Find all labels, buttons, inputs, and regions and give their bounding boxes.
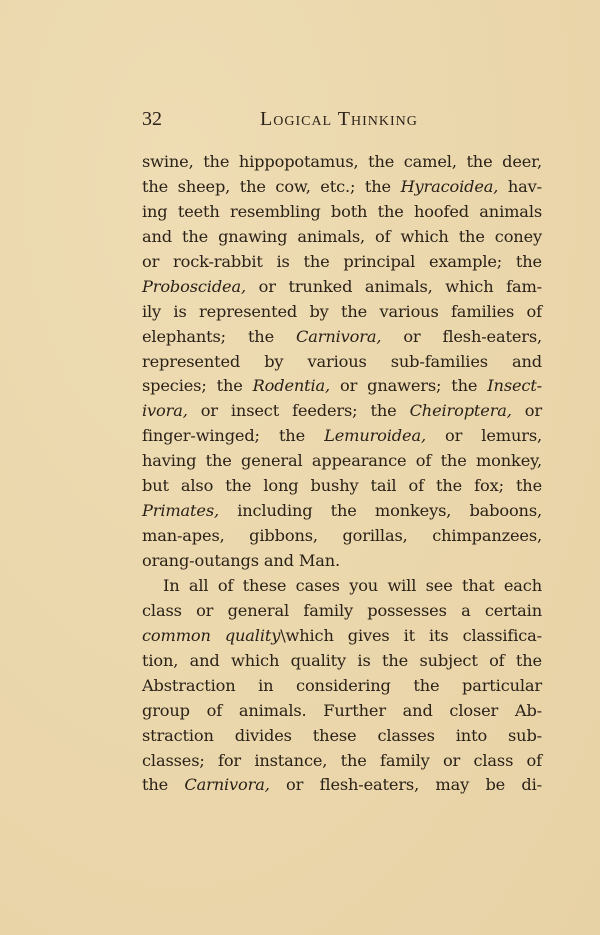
text-line: class or general family possesses a cert… — [142, 599, 542, 624]
text-line: Proboscidea, or trunked animals, which f… — [142, 275, 542, 300]
text-line: ivora, or insect feeders; the Cheiropter… — [142, 399, 542, 424]
text-line: group of animals. Further and closer Ab- — [142, 699, 542, 724]
text-line: and the gnawing animals, of which the co… — [142, 225, 542, 250]
text-segment: straction divides these classes into sub… — [142, 726, 542, 745]
text-segment: finger-winged; the — [142, 426, 324, 445]
italic-term: common quality — [142, 626, 280, 645]
italic-term: Cheiroptera, — [410, 401, 512, 420]
text-segment: elephants; the — [142, 327, 296, 346]
italic-term: Carnivora, — [296, 327, 381, 346]
text-segment: swine, the hippopotamus, the camel, the … — [142, 152, 542, 171]
text-line: having the general appearance of the mon… — [142, 449, 542, 474]
text-segment: species; the — [142, 376, 253, 395]
text-line: the Carnivora, or flesh-eaters, may be d… — [142, 773, 542, 798]
italic-term: Lemuroidea, — [324, 426, 426, 445]
text-segment: the — [142, 775, 184, 794]
text-segment: represented by various sub-families and — [142, 352, 542, 371]
text-line: finger-winged; the Lemuroidea, or lemurs… — [142, 424, 542, 449]
text-segment: or gnawers; the — [330, 376, 487, 395]
running-title: Logical Thinking — [260, 108, 418, 131]
italic-term: ivora, — [142, 401, 188, 420]
text-line: the sheep, the cow, etc.; the Hyracoidea… — [142, 175, 542, 200]
text-segment: or rock-rabbit is the principal example;… — [142, 252, 542, 271]
text-line: but also the long bushy tail of the fox;… — [142, 474, 542, 499]
text-line: swine, the hippopotamus, the camel, the … — [142, 150, 542, 175]
text-line: Abstraction in considering the particula… — [142, 674, 542, 699]
italic-term: Hyracoidea, — [401, 177, 499, 196]
text-segment: or insect feeders; the — [188, 401, 410, 420]
italic-term: Rodentia, — [253, 376, 330, 395]
text-segment: the sheep, the cow, etc.; the — [142, 177, 401, 196]
text-line: orang-outangs and Man. — [142, 549, 542, 574]
text-line: tion, and which quality is the subject o… — [142, 649, 542, 674]
text-line: Primates, including the monkeys, baboons… — [142, 499, 542, 524]
text-segment: but also the long bushy tail of the fox;… — [142, 476, 542, 495]
page-header: 32 Logical Thinking — [142, 108, 542, 134]
text-segment: class or general family possesses a cert… — [142, 601, 542, 620]
page-number: 32 — [142, 108, 162, 131]
text-segment: or flesh-eaters, may be di- — [270, 775, 542, 794]
text-segment: or flesh-eaters, — [381, 327, 542, 346]
text-segment: Abstraction in considering the particula… — [142, 676, 542, 695]
italic-term: Primates, — [142, 501, 219, 520]
text-line: represented by various sub-families and — [142, 350, 542, 375]
text-line: species; the Rodentia, or gnawers; the I… — [142, 374, 542, 399]
text-segment: hav- — [498, 177, 542, 196]
text-segment: ily is represented by the various famili… — [142, 302, 542, 321]
italic-term: Insect- — [487, 376, 542, 395]
text-line: or rock-rabbit is the principal example;… — [142, 250, 542, 275]
text-segment: or lemurs, — [426, 426, 542, 445]
text-segment: tion, and which quality is the subject o… — [142, 651, 542, 670]
text-segment: \which gives it its classifica- — [280, 626, 542, 645]
text-line: common quality\which gives it its classi… — [142, 624, 542, 649]
text-segment: including the monkeys, baboons, — [219, 501, 542, 520]
text-segment: or trunked animals, which fam- — [246, 277, 542, 296]
text-segment: and the gnawing animals, of which the co… — [142, 227, 542, 246]
text-segment: having the general appearance of the mon… — [142, 451, 542, 470]
text-line: ily is represented by the various famili… — [142, 300, 542, 325]
italic-term: Proboscidea, — [142, 277, 246, 296]
text-line: elephants; the Carnivora, or flesh-eater… — [142, 325, 542, 350]
text-line: In all of these cases you will see that … — [142, 574, 542, 599]
text-line: ing teeth resembling both the hoofed ani… — [142, 200, 542, 225]
body-text: swine, the hippopotamus, the camel, the … — [142, 150, 542, 798]
text-segment: ing teeth resembling both the hoofed ani… — [142, 202, 542, 221]
text-segment: or — [512, 401, 542, 420]
text-segment: man-apes, gibbons, gorillas, chimpanzees… — [142, 526, 542, 545]
text-line: straction divides these classes into sub… — [142, 724, 542, 749]
text-segment: In all of these cases you will see that … — [163, 576, 542, 595]
text-segment: orang-outangs and Man. — [142, 551, 340, 570]
text-line: man-apes, gibbons, gorillas, chimpanzees… — [142, 524, 542, 549]
text-segment: classes; for instance, the family or cla… — [142, 751, 542, 770]
text-line: classes; for instance, the family or cla… — [142, 749, 542, 774]
book-page: 32 Logical Thinking swine, the hippopota… — [0, 0, 600, 935]
text-segment: group of animals. Further and closer Ab- — [142, 701, 542, 720]
italic-term: Carnivora, — [184, 775, 269, 794]
